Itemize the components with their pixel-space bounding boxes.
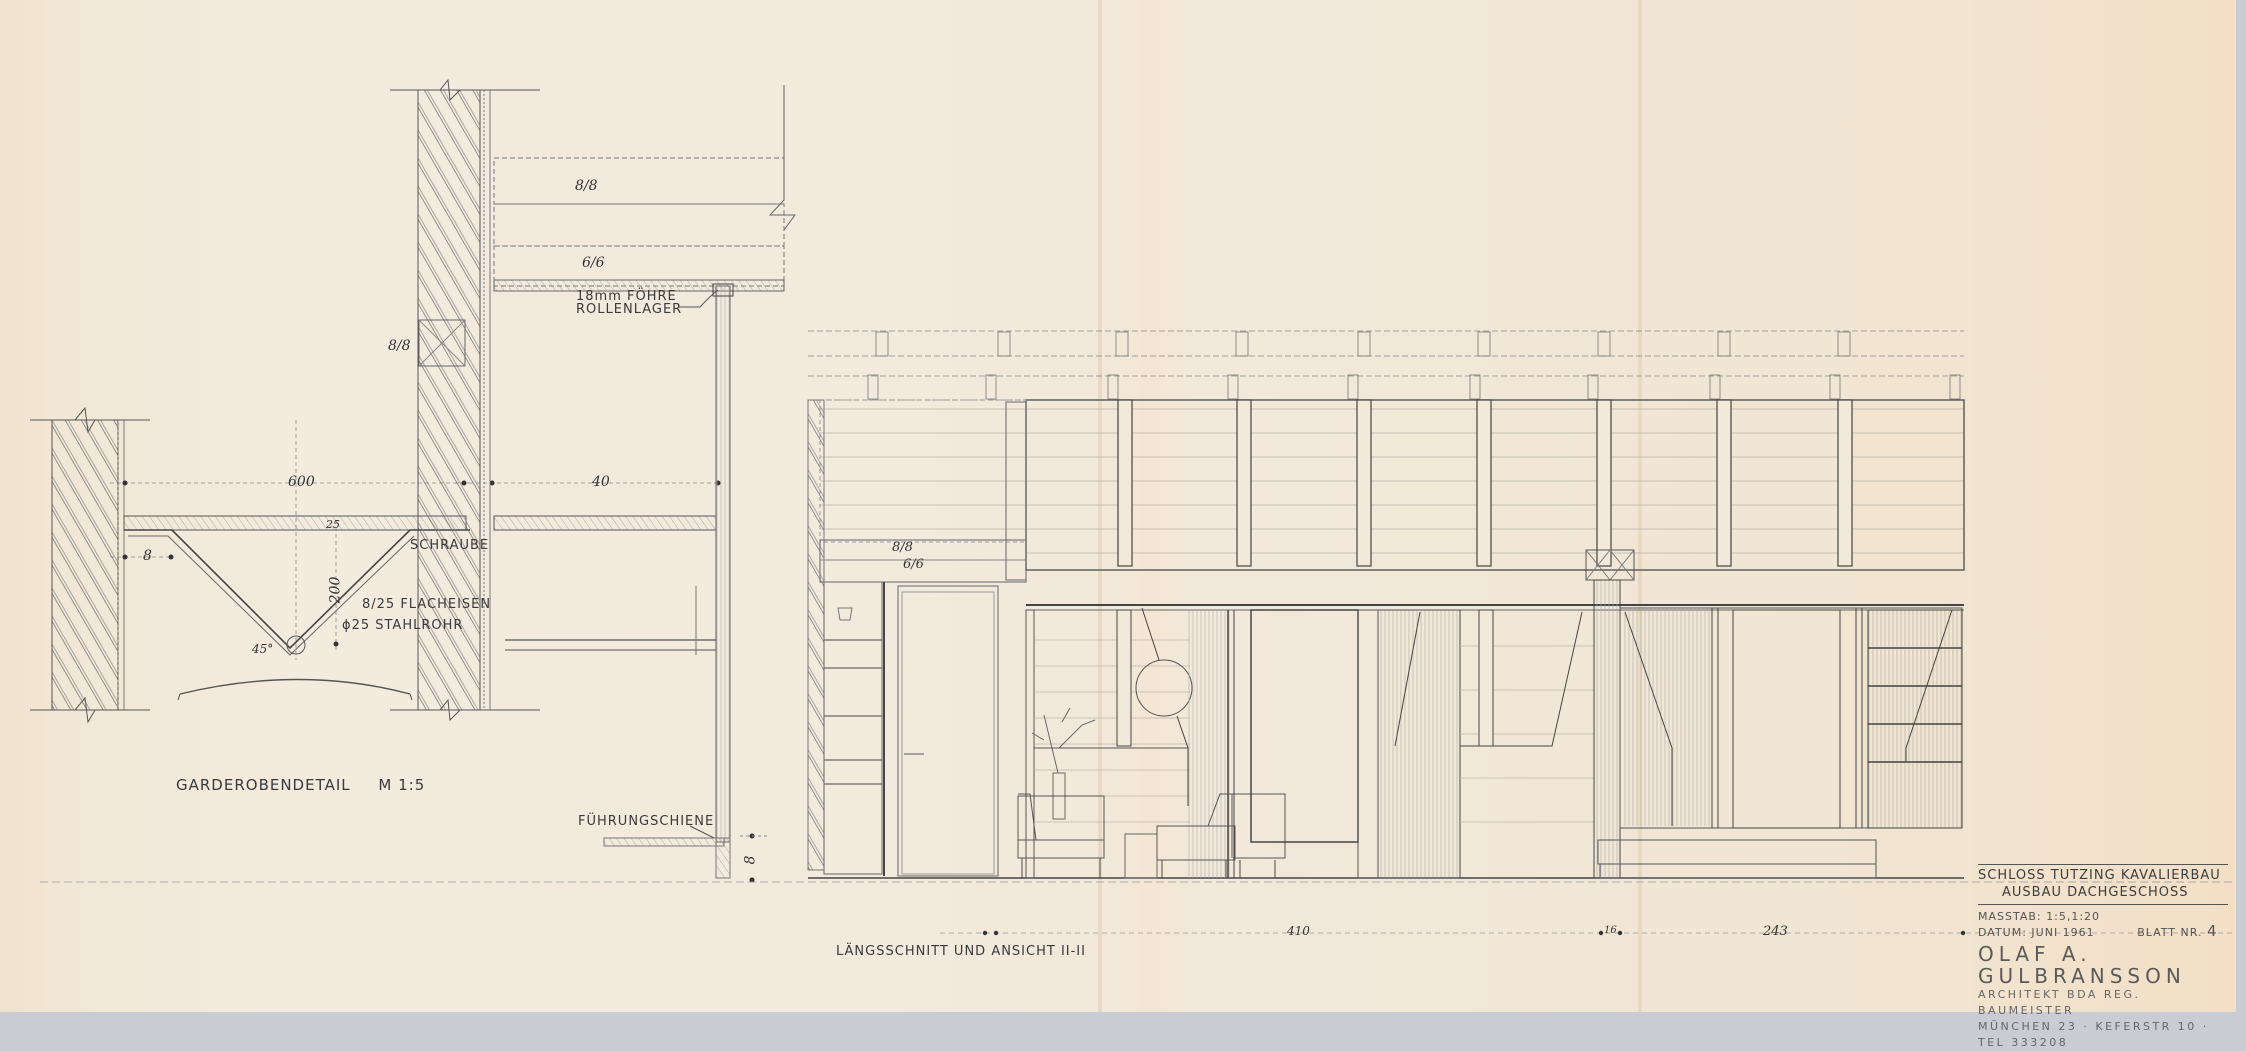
architect-title: ARCHITEKT BDA REG. BAUMEISTER [1978, 987, 2228, 1015]
project-title: SCHLOSS TUTZING KAVALIERBAU AUSBAU DACHG… [1978, 864, 2228, 905]
longitudinal-section [40, 331, 2236, 935]
scale-row: MASSTAB: 1:5,1:20 [1978, 909, 2228, 924]
steel-tube-label: ϕ25 STAHLROHR [342, 618, 463, 633]
dim-40: 40 [592, 474, 610, 490]
dim-16: 16 [1604, 925, 1617, 936]
flat-iron-label: 8/25 FLACHEISEN [362, 597, 491, 612]
project-line-2: AUSBAU DACHGESCHOSS [1978, 884, 2228, 901]
dim-8: 8 [143, 548, 152, 564]
dim-200: 200 [327, 577, 343, 604]
section-title: LÄNGSSCHNITT UND ANSICHT II-II [836, 944, 1086, 959]
dim-rail-8: 8 [742, 856, 758, 865]
project-line-1: SCHLOSS TUTZING KAVALIERBAU [1978, 867, 2228, 884]
date-label: DATUM: [1978, 926, 2027, 939]
roller-label-line2: ROLLENLAGER [576, 303, 682, 316]
roller-bearing-label: 18mm FÖHRE ROLLENLAGER [576, 290, 682, 316]
dim-410: 410 [1287, 924, 1310, 938]
detail-title-text: GARDEROBENDETAIL [176, 776, 351, 794]
architect-name: OLAF A. GULBRANSSON [1978, 943, 2228, 987]
dim-45-degree: 45° [252, 642, 273, 656]
drawing-linework [0, 0, 2236, 1012]
section-beam-6-6: 6/6 [903, 557, 924, 572]
section-beam-8-8: 8/8 [892, 540, 913, 555]
detail-scale: M 1:5 [378, 776, 425, 794]
detail-title: GARDEROBENDETAIL M 1:5 [176, 776, 425, 794]
rafter-boxes [868, 332, 1960, 399]
date-row: DATUM: JUNI 1961 BLATT NR. 4 [1978, 924, 2228, 940]
screw-label: SCHRAUBE [410, 538, 489, 553]
architectural-drawing-sheet: 8/8 6/6 8/8 18mm FÖHRE ROLLENLAGER 600 4… [0, 0, 2236, 1012]
dim-25: 25 [326, 518, 340, 531]
dim-243: 243 [1763, 924, 1788, 939]
scale-value: 1:5,1:20 [2046, 910, 2100, 923]
garderobe-detail [30, 80, 795, 883]
sheet-number: 4 [2207, 922, 2218, 940]
date-value: JUNI 1961 [2031, 926, 2094, 939]
sheet-number-group: BLATT NR. 4 [2137, 926, 2217, 939]
beam-label-8-8-side: 8/8 [388, 338, 411, 354]
beam-label-8-8: 8/8 [575, 178, 598, 194]
beam-label-6-6: 6/6 [582, 255, 605, 271]
title-block: SCHLOSS TUTZING KAVALIERBAU AUSBAU DACHG… [1978, 864, 2228, 1015]
dim-600: 600 [288, 474, 315, 490]
guide-rail-label: FÜHRUNGSCHIENE [578, 814, 714, 829]
scale-label: MASSTAB: [1978, 910, 2042, 923]
sheet-label: BLATT NR. [2137, 926, 2202, 939]
